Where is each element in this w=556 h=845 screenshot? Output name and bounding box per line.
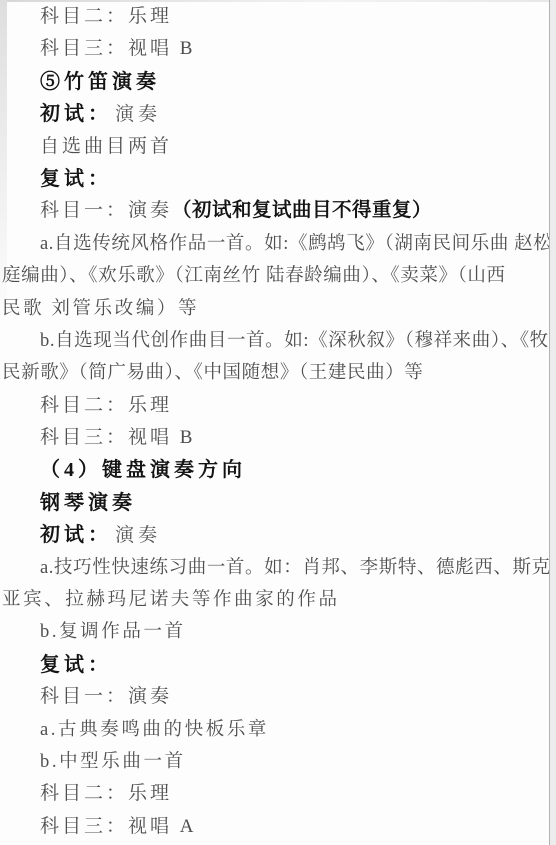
paragraph-line: 科目一：演奏（初试和复试曲目不得重复） (0, 195, 549, 227)
paragraph-line: a.技巧性快速练习曲一首。如：肖邦、李斯特、德彪西、斯克里 (0, 552, 549, 584)
paragraph-line: b.中型乐曲一首 (0, 746, 549, 778)
paragraph-line: 科目二：乐理 (0, 390, 549, 422)
paragraph-line: 自选曲目两首 (0, 131, 549, 163)
paragraph-line: 钢琴演奏 (0, 487, 549, 519)
paragraph-line: 科目二：乐理 (0, 778, 549, 810)
text-segment: 科目二：乐理 (40, 6, 172, 27)
bold-text-segment: 初试： (40, 524, 112, 546)
paragraph-line: 初试：演奏 (0, 98, 549, 130)
paragraph-line: 复试： (0, 649, 549, 681)
text-segment: 演奏 (115, 104, 161, 125)
text-segment: a.技巧性快速练习曲一首。如：肖邦、李斯特、德彪西、斯克里 (40, 558, 549, 578)
bold-text-segment: 复试： (40, 168, 112, 190)
text-segment: 科目三：视唱 A (40, 816, 196, 837)
text-segment: 民新歌》（简广易曲）、《中国随想》（王建民曲）等 (2, 363, 423, 383)
bold-text-segment: 钢琴演奏 (40, 492, 136, 514)
text-segment: a.自选传统风格作品一首。如:《鹧鸪飞》（湖南民间乐曲 赵松 (40, 234, 549, 254)
paragraph-line: 科目一：演奏 (0, 681, 549, 713)
text-segment: 演奏 (115, 525, 161, 546)
bold-text-segment: 初试： (40, 103, 112, 125)
paragraph-line: 亚宾、拉赫玛尼诺夫等作曲家的作品 (0, 584, 549, 616)
paragraph-line: 民新歌》（简广易曲）、《中国随想》（王建民曲）等 (0, 357, 549, 389)
paragraph-line: 民歌 刘管乐改编）等 (0, 293, 549, 325)
paragraph-line: b.复调作品一首 (0, 616, 549, 648)
text-segment: 民歌 刘管乐改编）等 (2, 299, 199, 319)
document-page: 科目二：乐理科目三：视唱 B⑤竹笛演奏初试：演奏自选曲目两首复试：科目一：演奏（… (0, 0, 556, 845)
text-segment: 科目三：视唱 B (40, 427, 195, 448)
bold-text-segment: （初试和复试曲目不得重复） (172, 200, 432, 221)
paragraph-line: ⑤竹笛演奏 (0, 66, 549, 98)
page-edge-right (549, 0, 556, 845)
text-segment: b.自选现当代创作曲目一首。如:《深秋叙》（穆祥来曲）、《牧 (40, 331, 549, 351)
bold-text-segment: 复试： (40, 654, 112, 676)
paragraph-line: 复试： (0, 163, 549, 195)
paragraph-line: 科目三：视唱 A (0, 811, 549, 843)
text-segment: 庭编曲）、《欢乐歌》（江南丝竹 陆春龄编曲）、《卖菜》（山西 (2, 266, 506, 286)
paragraph-line: 科目三：视唱 B (0, 422, 549, 454)
bold-text-segment: （4）键盘演奏方向 (40, 459, 246, 481)
text-segment: b.中型乐曲一首 (40, 752, 186, 772)
paragraph-line: a.自选传统风格作品一首。如:《鹧鸪飞》（湖南民间乐曲 赵松 (0, 228, 549, 260)
paragraph-line: 科目二：乐理 (0, 1, 549, 33)
paragraph-line: （4）键盘演奏方向 (0, 454, 549, 486)
paragraph-line: 庭编曲）、《欢乐歌》（江南丝竹 陆春龄编曲）、《卖菜》（山西 (0, 260, 549, 292)
text-segment: 自选曲目两首 (40, 136, 172, 157)
paragraph-line: b.自选现当代创作曲目一首。如:《深秋叙》（穆祥来曲）、《牧 (0, 325, 549, 357)
text-segment: 科目二：乐理 (40, 783, 172, 804)
paragraph-line: 科目三：视唱 B (0, 33, 549, 65)
paragraph-line: a.古典奏鸣曲的快板乐章 (0, 714, 549, 746)
text-segment: 科目一：演奏 (40, 200, 172, 221)
text-segment: a.古典奏鸣曲的快板乐章 (40, 720, 269, 740)
bold-text-segment: ⑤竹笛演奏 (40, 71, 160, 93)
paragraph-line: 初试：演奏 (0, 519, 549, 551)
text-segment: 科目一：演奏 (40, 686, 172, 707)
text-segment: b.复调作品一首 (40, 622, 186, 642)
text-segment: 亚宾、拉赫玛尼诺夫等作曲家的作品 (2, 590, 340, 610)
document-content: 科目二：乐理科目三：视唱 B⑤竹笛演奏初试：演奏自选曲目两首复试：科目一：演奏（… (0, 0, 549, 845)
text-segment: 科目三：视唱 B (40, 38, 195, 59)
text-segment: 科目二：乐理 (40, 395, 172, 416)
